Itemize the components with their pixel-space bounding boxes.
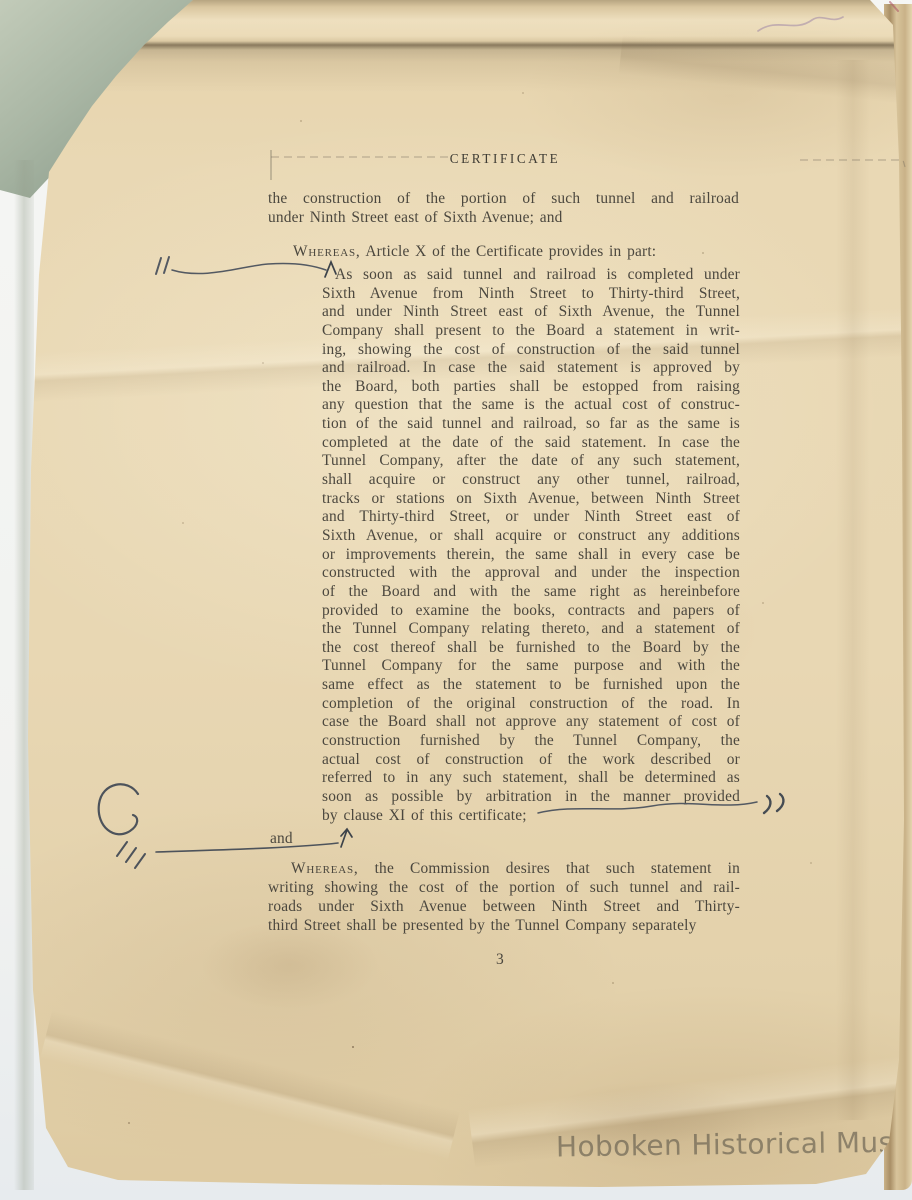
text-line: Sixth Avenue from Ninth Street to Thirty…: [322, 285, 740, 304]
text-line: the Board, both parties shall be estoppe…: [322, 378, 740, 397]
text-line: and railroad. In case the said statement…: [322, 359, 740, 378]
text-line: the construction of the portion of such …: [268, 190, 739, 209]
text-line: or improvements therein, the same shall …: [322, 546, 740, 565]
text-line: Sixth Avenue, or shall acquire or constr…: [322, 527, 740, 546]
text-line: completion of the original construction …: [322, 695, 740, 714]
text-line: roads under Sixth Avenue between Ninth S…: [268, 897, 740, 916]
text-line: Whereas, the Commission desires that suc…: [268, 859, 740, 878]
text-line: the Tunnel Company relating thereto, and…: [322, 620, 740, 639]
text-line: and under Ninth Street east of Sixth Ave…: [322, 303, 740, 322]
crease: [836, 60, 870, 1120]
whereas-rest: the Commission desires that such stateme…: [359, 860, 740, 877]
text-line: Tunnel Company for the same purpose and …: [322, 657, 740, 676]
text-line: tion of the said tunnel and railroad, so…: [322, 415, 740, 434]
text-line: completed at the date of the said statem…: [322, 434, 740, 453]
page-number: 3: [270, 951, 730, 969]
text-line: under Ninth Street east of Sixth Avenue;…: [268, 209, 739, 228]
text-line: shall acquire or construct any other tun…: [322, 471, 740, 490]
text-line: Company shall present to the Board a sta…: [322, 322, 740, 341]
and-word: and: [270, 829, 293, 848]
text-line: of the Board and with the same right as …: [322, 583, 740, 602]
paper-sheet: CERTIFICATE the construction of the port…: [0, 0, 912, 1200]
paragraph-lines: writing showing the cost of the portion …: [268, 878, 740, 935]
text-line: same effect as the statement to be furni…: [322, 676, 740, 695]
text-line: constructed with the approval and under …: [322, 564, 740, 583]
whereas-article-x-line: Whereas, Article X of the Certificate pr…: [270, 242, 740, 261]
text-line: writing showing the cost of the portion …: [268, 878, 740, 897]
text-line: by clause XI of this certificate;: [322, 807, 740, 826]
whereas-commission-paragraph: Whereas, the Commission desires that suc…: [268, 859, 740, 935]
page-header-certificate: CERTIFICATE: [270, 151, 740, 167]
text-line: and Thirty-third Street, or under Ninth …: [322, 508, 740, 527]
text-line: soon as possible by arbitration in the m…: [322, 788, 740, 807]
text-line: case the Board shall not approve any sta…: [322, 713, 740, 732]
museum-watermark: Hoboken Historical Museum: [556, 1126, 906, 1164]
text-line: actual cost of construction of the work …: [322, 751, 740, 770]
text-line: construction furnished by the Tunnel Com…: [322, 732, 740, 751]
text-line: provided to examine the books, contracts…: [322, 602, 740, 621]
whereas-smallcaps: Whereas,: [293, 243, 361, 260]
crease: [40, 1010, 460, 1160]
text-line: referred to in any such statement, shall…: [322, 769, 740, 788]
article-x-quotation-block: As soon as said tunnel and railroad is c…: [322, 266, 740, 825]
text-line: third Street shall be presented by the T…: [268, 916, 740, 935]
text-line: ing, showing the cost of construction of…: [322, 341, 740, 360]
text-line: tracks or stations on Sixth Avenue, betw…: [322, 490, 740, 509]
text-line: As soon as said tunnel and railroad is c…: [322, 266, 740, 285]
text-line: the cost thereof shall be furnished to t…: [322, 639, 740, 658]
text-line: any question that the same is the actual…: [322, 396, 740, 415]
intro-paragraph: the construction of the portion of such …: [268, 190, 739, 228]
whereas-smallcaps: Whereas,: [291, 860, 359, 877]
text-line: Tunnel Company, after the date of any su…: [322, 452, 740, 471]
whereas-rest: Article X of the Certificate provides in…: [361, 243, 657, 260]
scanned-document-page: CERTIFICATE the construction of the port…: [0, 0, 912, 1200]
